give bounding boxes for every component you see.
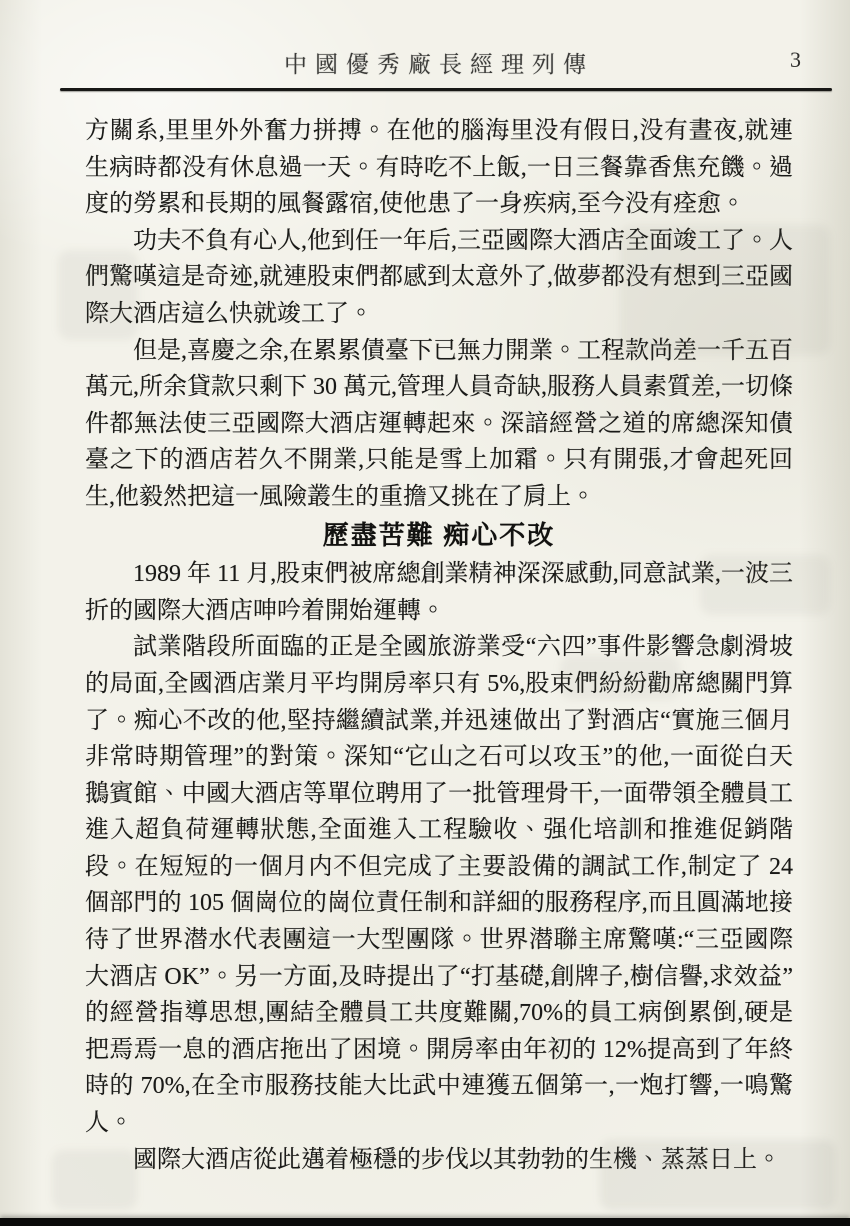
body-paragraph: 1989 年 11 月,股束們被席總創業精神深深感動,同意試業,一波三折的國際大…	[85, 556, 793, 629]
body-paragraph: 國際大酒店從此邁着極穩的步伐以其勃勃的生機、蒸蒸日上。	[85, 1142, 793, 1179]
header-rule	[60, 88, 832, 91]
running-header-title: 中國優秀廠長經理列傳	[85, 46, 793, 79]
body-paragraph: 試業階段所面臨的正是全國旅游業受“六四”事件影響急劇滑坡的局面,全國酒店業月平均…	[85, 629, 793, 1141]
page-body: 方關系,里里外外奮力拼搏。在他的腦海里没有假日,没有晝夜,就連生病時都没有休息過…	[85, 113, 793, 1178]
body-paragraph: 但是,喜慶之余,在累累債臺下已無力開業。工程款尚差一千五百萬元,所余貸款只剩下 …	[85, 333, 793, 516]
page-number: 3	[790, 47, 801, 73]
body-paragraph: 功夫不負有心人,他到任一年后,三亞國際大酒店全面竣工了。人們驚嘆這是奇迹,就連股…	[85, 223, 793, 333]
body-paragraph: 方關系,里里外外奮力拼搏。在他的腦海里没有假日,没有晝夜,就連生病時都没有休息過…	[85, 113, 793, 223]
scan-edge-shadow	[0, 1218, 850, 1226]
scanned-book-page: 中國優秀廠長經理列傳 3 方關系,里里外外奮力拼搏。在他的腦海里没有假日,没有晝…	[0, 0, 850, 1226]
running-header: 中國優秀廠長經理列傳 3	[85, 46, 793, 80]
section-heading: 歷盡苦難 痴心不改	[85, 518, 793, 555]
